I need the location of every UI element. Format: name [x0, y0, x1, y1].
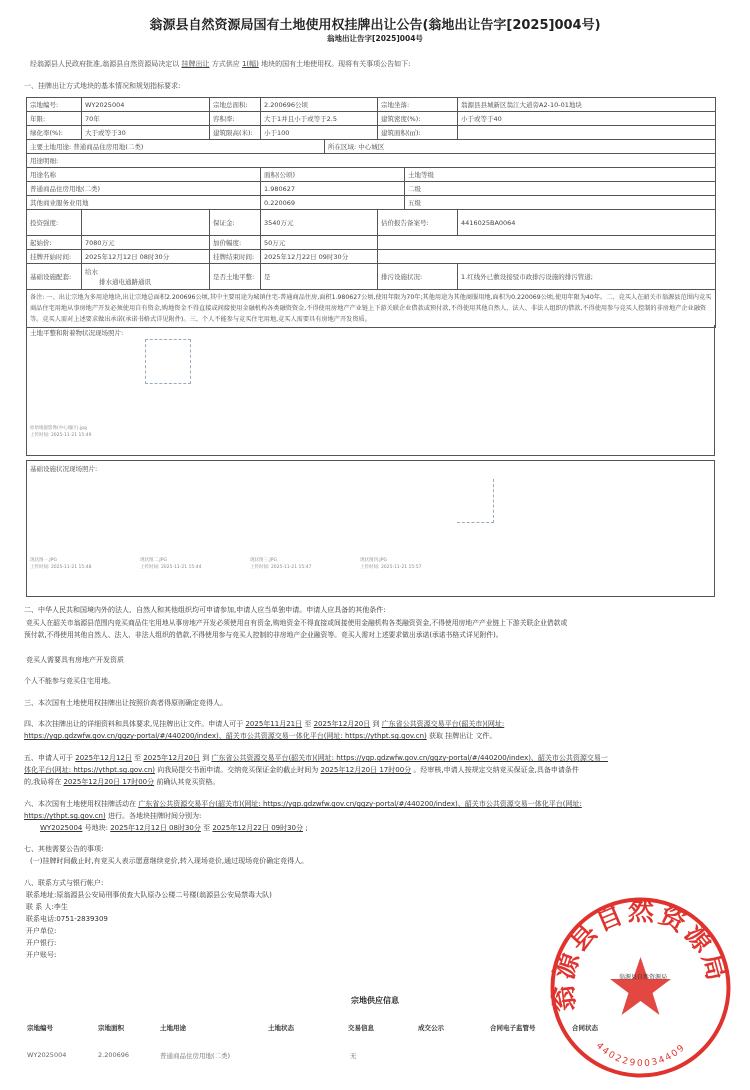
label: 估价报告备案号:	[378, 210, 458, 236]
page-title: 翁源县自然资源局国有土地使用权挂牌出让公告(翁地出让告字[2025]004号)	[0, 14, 750, 33]
label: 用途明细:	[27, 154, 716, 168]
label: 投资强度:	[27, 210, 82, 236]
section-7-item: (一)挂牌时间截止时,有竞买人表示愿意继续竞价,转入现场竞价,通过现场竞价确定竞…	[30, 855, 308, 867]
label: 排污设施状况:	[378, 264, 458, 290]
sewage-status: 1.红线外已敷设接驳市政排污设施的排污管道;	[458, 264, 716, 290]
account-number: 开户账号:	[26, 949, 56, 961]
label: 挂牌开始时间:	[27, 250, 82, 264]
account-bank: 开户银行:	[26, 937, 56, 949]
label: 容积率:	[210, 112, 261, 126]
deposit: 3540万元	[261, 210, 378, 236]
infra-photos-panel: 基础设施状况现场照片: 现状图一.JPG 上传时间: 2025-11-21 15…	[26, 460, 715, 597]
column-header: 成交公示	[418, 1023, 444, 1032]
platform-link[interactable]: 体化平台(网址: https://ythpt.sg.gov.cn)	[24, 766, 155, 774]
height-limit: 小于100	[261, 126, 378, 140]
svg-text:4402290034409: 4402290034409	[594, 1041, 688, 1069]
label: 是否土地平整:	[210, 264, 261, 290]
column-header: 土地等级	[405, 168, 716, 182]
section-2-text: 预付款,不得使用其他自然人、法人、非法人组织的借款,不得使用参与竞买人控制的非房…	[24, 629, 503, 641]
platform-link[interactable]: https://ythpt.sg.gov.cn)	[24, 812, 106, 820]
label: 建筑面积(㎡):	[378, 126, 458, 140]
column-header: 面积(公顷)	[261, 168, 405, 182]
section-4-line-2: https://ygp.gdzwfw.gov.cn/ggzy-portal/#/…	[24, 730, 496, 742]
infrastructure: 给水 排水通电通路通讯	[82, 264, 210, 290]
platform-link[interactable]: 广东省公共资源交易平台(韶关市)(网址:	[382, 720, 505, 728]
column-header: 宗地面积	[98, 1023, 124, 1032]
account-unit: 开户单位:	[26, 925, 56, 937]
photo-caption: 现状图一.JPG 上传时间: 2025-11-21 15:48	[30, 557, 92, 571]
main-use: 普通商品住房用地(二类)	[73, 143, 143, 151]
parcel-location: 翁源县县城新区翁江大道旁A2-10-01地块	[458, 98, 716, 112]
label: 建筑限高(米):	[210, 126, 261, 140]
label: 保证金:	[210, 210, 261, 236]
section-6-line-2: https://ythpt.sg.gov.cn) 进行。各地块挂牌时间分别为:	[24, 810, 201, 822]
column-header: 用途名称	[27, 168, 261, 182]
column-header: 宗地编号	[27, 1023, 53, 1032]
listing-start-time: 2025年12月12日 08时30分	[82, 250, 210, 264]
photo-placeholder[interactable]	[145, 339, 191, 384]
contact-person: 联 系 人:李生	[26, 901, 68, 913]
column-header: 合同电子监管号	[490, 1023, 536, 1032]
column-header: 交易信息	[348, 1023, 374, 1032]
deposit-deadline: 2025年12月20日 17时00分	[321, 766, 412, 774]
intro-paragraph: 经翁源县人民政府批准,翁源县自然资源局决定以 挂牌出让 方式供应 1(幅) 地块…	[30, 58, 410, 70]
green-ratio: 大于或等于30	[82, 126, 210, 140]
appraisal-number: 4416025BA0064	[458, 210, 716, 236]
label: 宗地总面积:	[210, 98, 261, 112]
section-2-title: 二、中华人民共和国境内外的法人、自然人和其他组织均可申请参加,申请人应当单独申请…	[24, 604, 386, 616]
photo-caption: 现状图三.JPG 上传时间: 2025-11-21 15:47	[250, 557, 312, 571]
personal-restriction: 个人不能参与竞买住宅用地。	[24, 675, 115, 687]
photo-placeholder[interactable]	[457, 479, 494, 523]
supply-parcel-code: WY2025004	[27, 1051, 66, 1059]
contact-address: 联系地址:原翁源县公安局刑事侦查大队原办公楼二号楼(翁源县公安局禁毒大队)	[26, 889, 272, 901]
contact-phone: 联系电话:0751-2839309	[26, 913, 108, 925]
parcel-term: 70年	[82, 112, 210, 126]
remarks: 备注: 一、出让宗地为多用途地块,出让宗地总面积2.200696公顷,其中主要用…	[27, 290, 716, 328]
section-8-title: 八、联系方式与银行帐户:	[24, 877, 103, 889]
label: 宗地坐落:	[378, 98, 458, 112]
label: 基础设施配套:	[27, 264, 82, 290]
district: 中心城区	[358, 143, 384, 151]
section-3: 三、本次国有土地使用权挂牌出让按照价高者得原则确定竞得人。	[24, 697, 227, 709]
parcel-area: 2.200696公顷	[261, 98, 378, 112]
section-6-schedule: WY2025004 号地块: 2025年12月12日 08时30分 至 2025…	[40, 822, 308, 834]
land-leveled: 是	[261, 264, 378, 290]
qualification-text: 竞买人需要具有房地产开发资质	[26, 654, 124, 666]
supply-method: 挂牌出让	[181, 60, 209, 68]
section-4-line-1: 四、本次挂牌出让的详细资料和具体要求,见挂牌出让文件。申请人可于 2025年11…	[24, 718, 504, 730]
section-5-line-1: 五、申请人可于 2025年12月12日 至 2025年12月20日 到 广东省公…	[24, 752, 608, 764]
label: 加价幅度:	[210, 236, 261, 250]
start-price: 7080万元	[82, 236, 210, 250]
section-6-line-1: 六、本次国有土地使用权挂牌活动在 广东省公共资源交易平台(韶关市)(网址: ht…	[24, 798, 582, 810]
floor-area-ratio: 大于1并且小于或等于2.5	[261, 112, 378, 126]
table-row: 普通商品住房用地(二类) 1.980627 二级	[27, 182, 716, 196]
investment-intensity	[82, 210, 210, 236]
parcel-code: WY2025004	[82, 98, 210, 112]
label: 挂牌结束时间:	[210, 250, 261, 264]
section-1-title: 一、挂牌出让方式地块的基本情况和规划指标要求:	[24, 80, 180, 92]
section-2-text: 竞买人在韶关市翁源县范围内竞买商品住宅用地从事房地产开发必须使用自有资金,购地资…	[26, 617, 567, 629]
label: 起始价:	[27, 236, 82, 250]
photo-caption: 现状图四.JPG 上传时间: 2025-11-21 15:57	[360, 557, 422, 571]
parcel-count: 1(幅)	[242, 60, 259, 68]
main-use-cell: 主要土地用途: 普通商品住房用地(二类)	[27, 140, 325, 154]
label: 年限:	[27, 112, 82, 126]
floor-area	[458, 126, 716, 140]
price-increment: 50万元	[261, 236, 378, 250]
section-7-title: 七、其他需要公告的事项:	[24, 843, 103, 855]
platform-link[interactable]: 广东省公共资源交易平台(韶关市)(网址: https://ygp.gdzwfw.…	[211, 754, 607, 762]
document-number: 翁地出让告字[2025]004号	[0, 33, 750, 44]
seal-caption: 翁源县自然资源局	[619, 972, 667, 981]
section-5-line-2: 体化平台(网址: https://ythpt.sg.gov.cn) 向我局提交书…	[24, 764, 579, 776]
photo-caption: 现状图二.JPG 上传时间: 2025-11-21 15:44	[140, 557, 202, 571]
section-5-line-3: 的,我局将在 2025年12月20日 17时00分 前确认其竞买资格。	[24, 776, 219, 788]
platform-link[interactable]: https://ygp.gdzwfw.gov.cn/ggzy-portal/#/…	[24, 732, 427, 740]
listing-end-time: 2025年12月22日 09时30分	[261, 250, 378, 264]
supply-parcel-area: 2.200696	[98, 1051, 129, 1059]
district-cell: 所在区域: 中心城区	[325, 140, 716, 154]
label: 宗地编号:	[27, 98, 82, 112]
column-header: 土地用途	[160, 1023, 186, 1032]
label: 绿化率(%):	[27, 126, 82, 140]
table-row: 其他商业服务业用地 0.220069 五级	[27, 196, 716, 210]
parcel-info-table: 宗地编号: WY2025004 宗地总面积: 2.200696公顷 宗地坐落: …	[26, 97, 716, 328]
platform-link[interactable]: 广东省公共资源交易平台(韶关市)(网址: https://ygp.gdzwfw.…	[138, 800, 582, 808]
building-density: 小于或等于40	[458, 112, 716, 126]
supply-trade-info: 无	[350, 1051, 357, 1060]
supply-land-use: 普通商品住房用地(二类)	[160, 1051, 230, 1060]
column-header: 土地状态	[268, 1023, 294, 1032]
photo-caption: 原始地貌影像(中心城区).jpg 上传时间: 2025-11-21 15:49	[30, 425, 92, 439]
label: 建筑密度(%):	[378, 112, 458, 126]
land-photos-panel: 土地平整和附着物状况现场照片: 原始地貌影像(中心城区).jpg 上传时间: 2…	[26, 325, 715, 456]
official-seal-icon: 翁源县自然资源局 4402290034409	[548, 895, 733, 1080]
